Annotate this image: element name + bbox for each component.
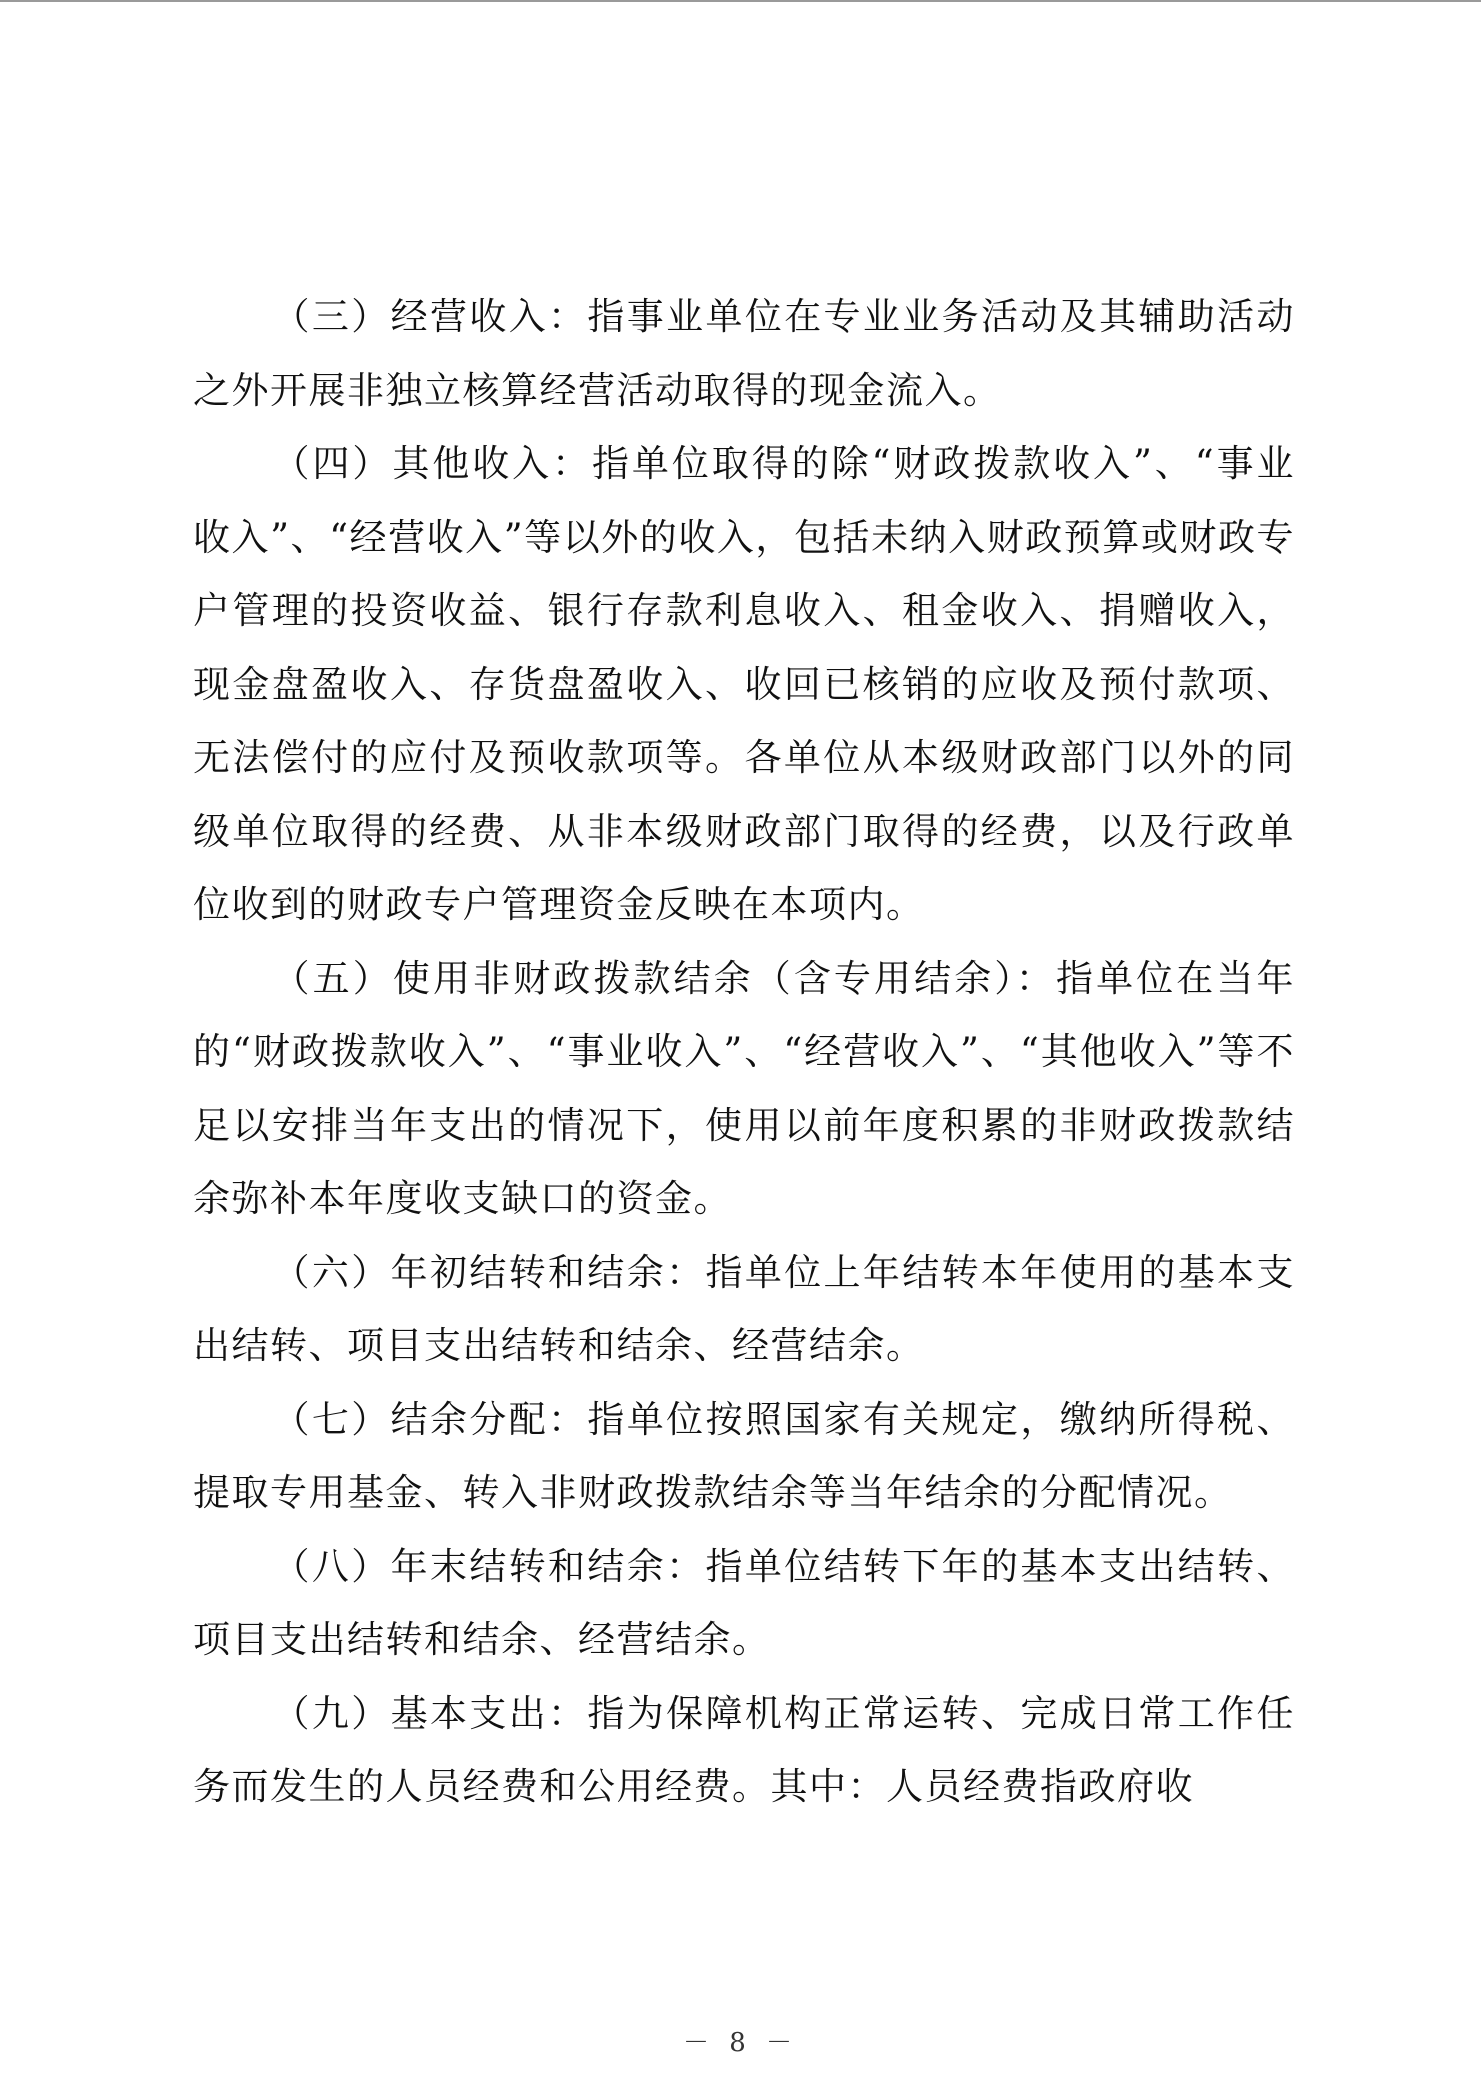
document-body: （三）经营收入：指事业单位在专业业务活动及其辅助活动之外开展非独立核算经营活动取… bbox=[193, 280, 1295, 1824]
paragraph-operating-income: （三）经营收入：指事业单位在专业业务活动及其辅助活动之外开展非独立核算经营活动取… bbox=[193, 280, 1295, 427]
paragraph-surplus-distribution: （七）结余分配：指单位按照国家有关规定，缴纳所得税、提取专用基金、转入非财政拨款… bbox=[193, 1383, 1295, 1530]
paragraph-beginning-carryover: （六）年初结转和结余：指单位上年结转本年使用的基本支出结转、项目支出结转和结余、… bbox=[193, 1236, 1295, 1383]
paragraph-non-fiscal-surplus-use: （五）使用非财政拨款结余（含专用结余）：指单位在当年的“财政拨款收入”、“事业收… bbox=[193, 942, 1295, 1236]
paragraph-basic-expenditure: （九）基本支出：指为保障机构正常运转、完成日常工作任务而发生的人员经费和公用经费… bbox=[193, 1677, 1295, 1824]
page-top-border bbox=[0, 0, 1481, 2]
paragraph-year-end-carryover: （八）年末结转和结余：指单位结转下年的基本支出结转、项目支出结转和结余、经营结余… bbox=[193, 1530, 1295, 1677]
page-number: － 8 － bbox=[0, 2022, 1481, 2059]
paragraph-other-income: （四）其他收入：指单位取得的除“财政拨款收入”、“事业收入”、“经营收入”等以外… bbox=[193, 427, 1295, 942]
